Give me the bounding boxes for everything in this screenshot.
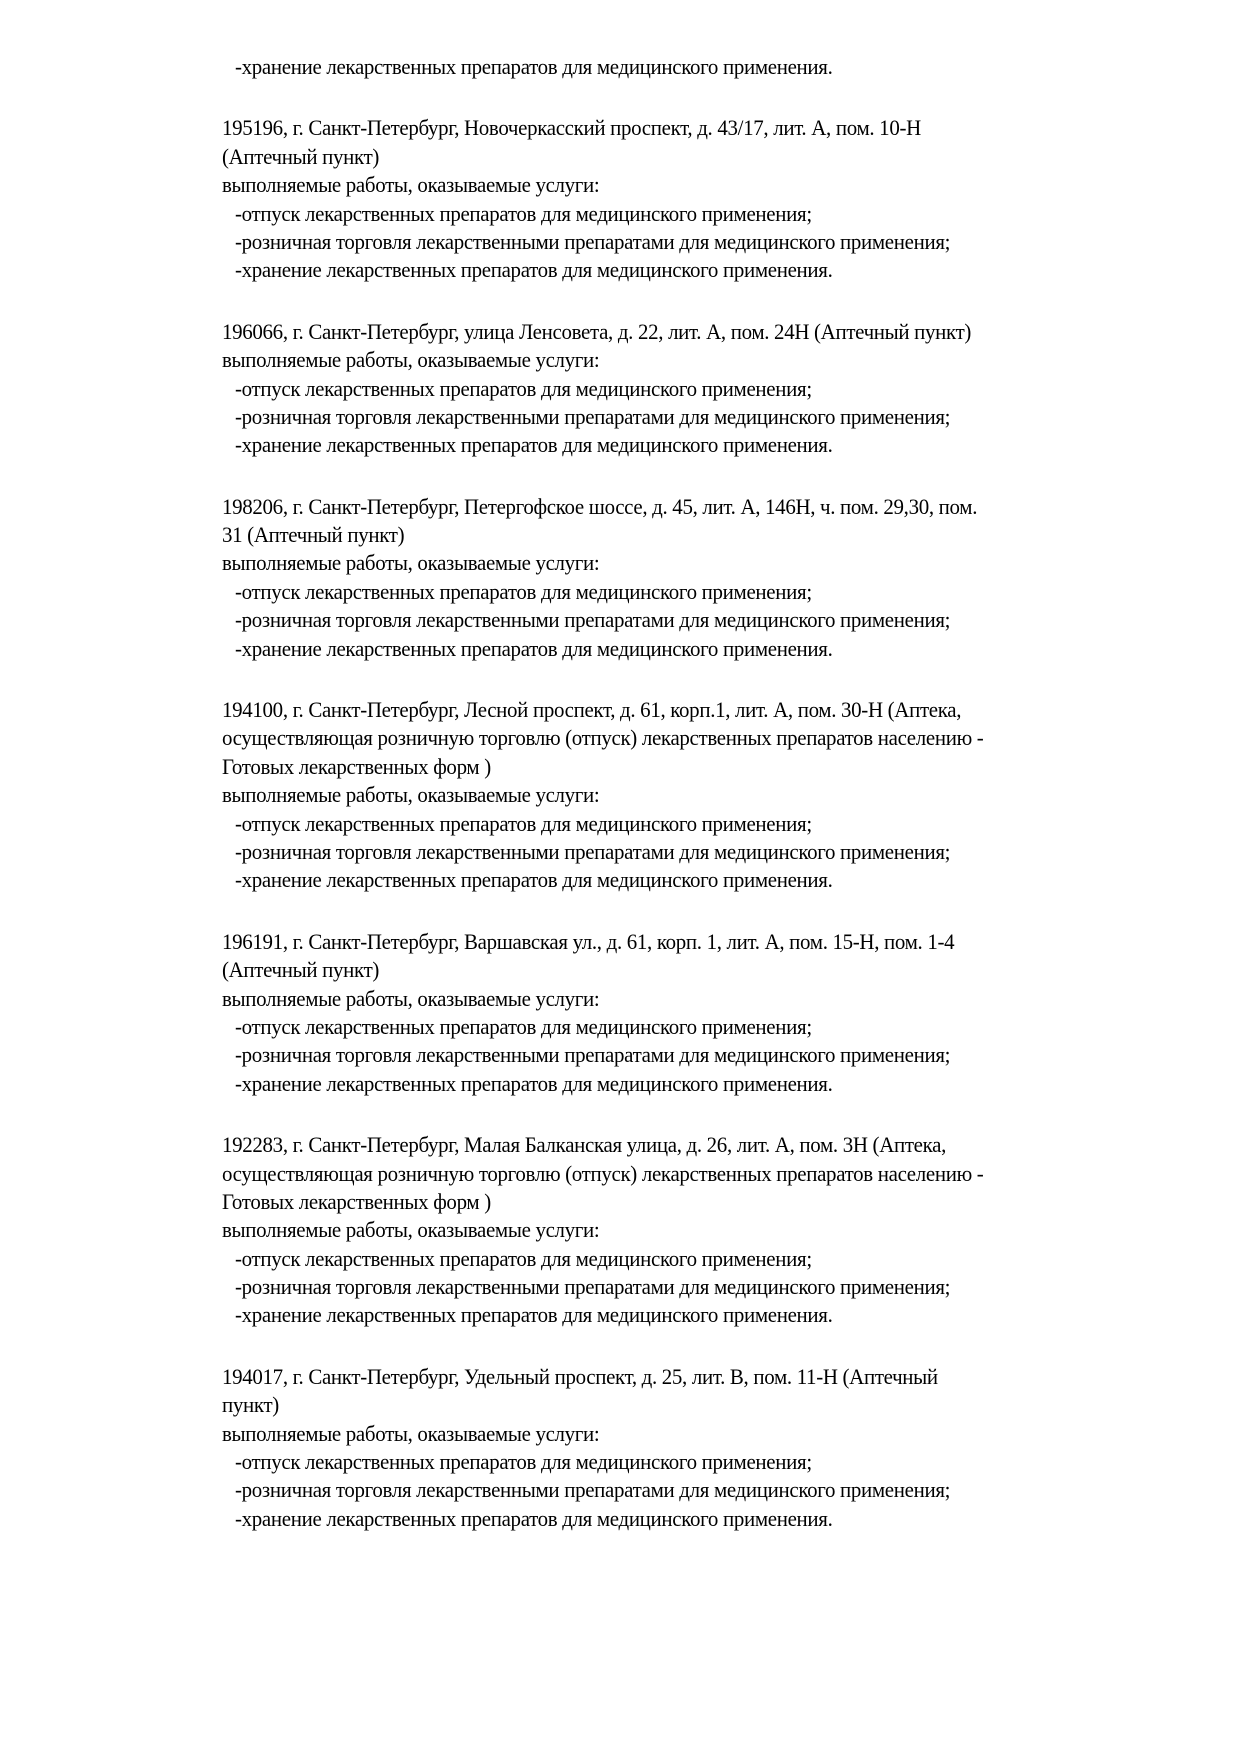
address-line: 198206, г. Санкт-Петербург, Петергофское… (222, 493, 1115, 521)
service-item: -хранение лекарственных препаратов для м… (222, 1301, 1115, 1329)
service-item: -отпуск лекарственных препаратов для мед… (222, 1448, 1115, 1476)
address-line: Готовых лекарственных форм ) (222, 753, 1115, 781)
pharmacy-entry: 198206, г. Санкт-Петербург, Петергофское… (222, 493, 1182, 663)
entry-spacer (222, 1330, 1182, 1363)
address-line: (Аптечный пункт) (222, 143, 1115, 171)
entry-spacer (222, 663, 1182, 696)
address-line: 196191, г. Санкт-Петербург, Варшавская у… (222, 928, 1115, 956)
services-label: выполняемые работы, оказываемые услуги: (222, 1420, 1115, 1448)
service-item: -розничная торговля лекарственными препа… (222, 1476, 1115, 1504)
service-item: -розничная торговля лекарственными препа… (222, 606, 1115, 634)
service-item: -хранение лекарственных препаратов для м… (222, 256, 1115, 284)
entry-spacer (222, 285, 1182, 318)
address-line: 194100, г. Санкт-Петербург, Лесной просп… (222, 696, 1115, 724)
entry-spacer (222, 81, 1182, 114)
pharmacy-entry: 196066, г. Санкт-Петербург, улица Ленсов… (222, 318, 1182, 460)
service-item: -отпуск лекарственных препаратов для мед… (222, 1013, 1115, 1041)
services-label: выполняемые работы, оказываемые услуги: (222, 346, 1115, 374)
service-item: -отпуск лекарственных препаратов для мед… (222, 375, 1115, 403)
pharmacy-entry: 195196, г. Санкт-Петербург, Новочеркасск… (222, 114, 1182, 284)
service-item: -отпуск лекарственных препаратов для мед… (222, 200, 1115, 228)
services-label: выполняемые работы, оказываемые услуги: (222, 171, 1115, 199)
document-page: -хранение лекарственных препаратов для м… (222, 53, 1182, 1533)
service-item: -отпуск лекарственных препаратов для мед… (222, 810, 1115, 838)
service-item: -розничная торговля лекарственными препа… (222, 1273, 1115, 1301)
address-line: осуществляющая розничную торговлю (отпус… (222, 1160, 1115, 1188)
entry-spacer (222, 460, 1182, 493)
service-item: -хранение лекарственных препаратов для м… (222, 1505, 1115, 1533)
service-item: -хранение лекарственных препаратов для м… (222, 866, 1115, 894)
pharmacy-entry: 194100, г. Санкт-Петербург, Лесной просп… (222, 696, 1182, 895)
address-line: 192283, г. Санкт-Петербург, Малая Балкан… (222, 1131, 1115, 1159)
pharmacy-entry: 194017, г. Санкт-Петербург, Удельный про… (222, 1363, 1182, 1533)
address-line: 31 (Аптечный пункт) (222, 521, 1115, 549)
services-label: выполняемые работы, оказываемые услуги: (222, 985, 1115, 1013)
address-line: 195196, г. Санкт-Петербург, Новочеркасск… (222, 114, 1115, 142)
entry-spacer (222, 895, 1182, 928)
services-label: выполняемые работы, оказываемые услуги: (222, 549, 1115, 577)
leading-service-item: -хранение лекарственных препаратов для м… (222, 53, 1115, 81)
pharmacy-entry: 192283, г. Санкт-Петербург, Малая Балкан… (222, 1131, 1182, 1330)
pharmacy-entries-list: 195196, г. Санкт-Петербург, Новочеркасск… (222, 81, 1182, 1533)
pharmacy-entry: 196191, г. Санкт-Петербург, Варшавская у… (222, 928, 1182, 1098)
service-item: -отпуск лекарственных препаратов для мед… (222, 1245, 1115, 1273)
service-item: -розничная торговля лекарственными препа… (222, 403, 1115, 431)
address-line: пункт) (222, 1391, 1115, 1419)
service-item: -розничная торговля лекарственными препа… (222, 1041, 1115, 1069)
address-line: 194017, г. Санкт-Петербург, Удельный про… (222, 1363, 1115, 1391)
services-label: выполняемые работы, оказываемые услуги: (222, 781, 1115, 809)
address-line: 196066, г. Санкт-Петербург, улица Ленсов… (222, 318, 1115, 346)
service-item: -отпуск лекарственных препаратов для мед… (222, 578, 1115, 606)
address-line: Готовых лекарственных форм ) (222, 1188, 1115, 1216)
service-item: -хранение лекарственных препаратов для м… (222, 431, 1115, 459)
service-item: -розничная торговля лекарственными препа… (222, 838, 1115, 866)
entry-spacer (222, 1098, 1182, 1131)
service-item: -розничная торговля лекарственными препа… (222, 228, 1115, 256)
service-item: -хранение лекарственных препаратов для м… (222, 635, 1115, 663)
services-label: выполняемые работы, оказываемые услуги: (222, 1216, 1115, 1244)
address-line: осуществляющая розничную торговлю (отпус… (222, 724, 1115, 752)
service-item: -хранение лекарственных препаратов для м… (222, 1070, 1115, 1098)
address-line: (Аптечный пункт) (222, 956, 1115, 984)
